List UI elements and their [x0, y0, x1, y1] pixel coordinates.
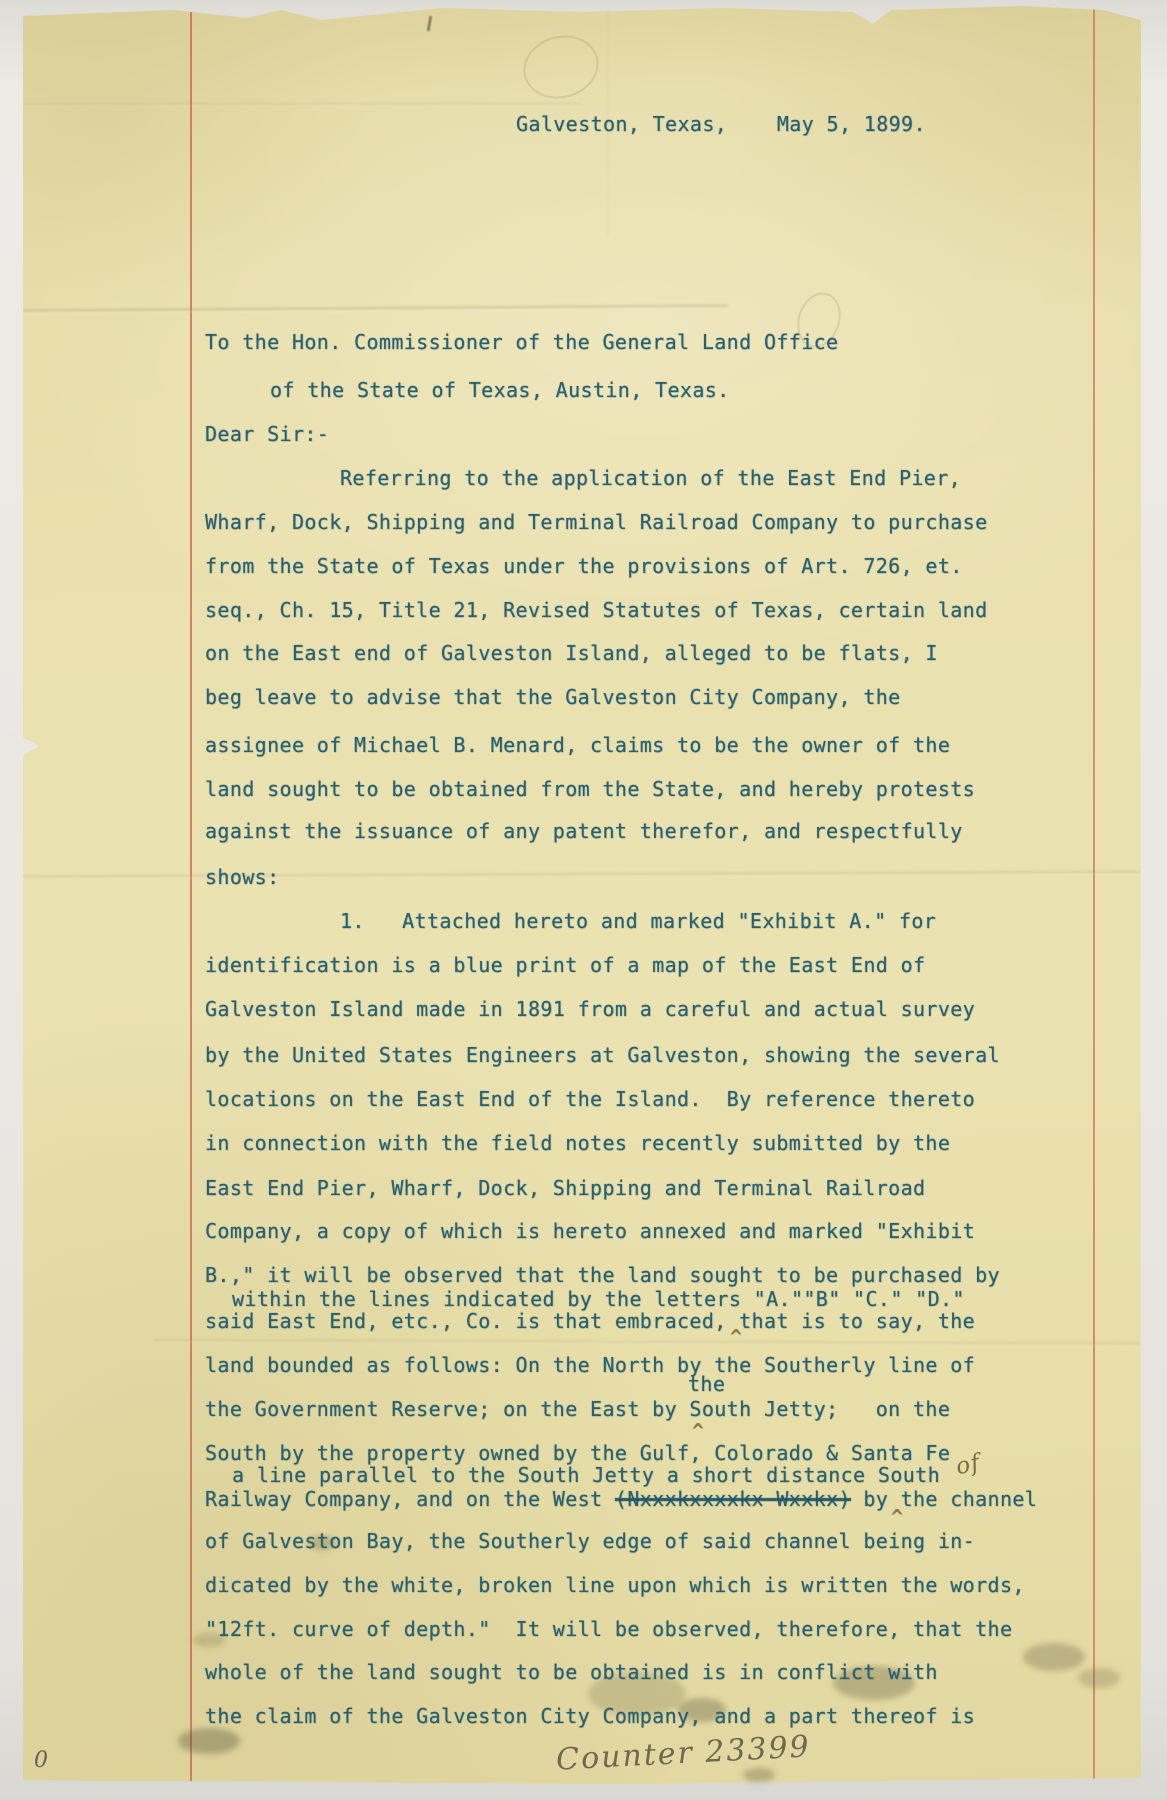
typed-line: the claim of the Galveston City Company,…: [205, 1704, 975, 1728]
typed-line: East End Pier, Wharf, Dock, Shipping and…: [205, 1176, 925, 1200]
typed-line: seq., Ch. 15, Title 21, Revised Statutes…: [205, 598, 988, 622]
typed-line: by the United States Engineers at Galves…: [205, 1043, 1000, 1067]
paper-crease: [23, 102, 583, 107]
typed-line: Galveston, Texas, May 5, 1899.: [516, 112, 926, 136]
ink-smudge: [1023, 1643, 1085, 1671]
typed-line: B.," it will be observed that the land s…: [205, 1263, 1000, 1287]
inserted-correction-line: within the lines indicated by the letter…: [232, 1287, 965, 1311]
pencil-tick-mark: [427, 16, 433, 31]
typed-line: on the East end of Galveston Island, all…: [205, 641, 938, 665]
typed-line: To the Hon. Commissioner of the General …: [205, 330, 838, 354]
ghost-pencil-mark: [516, 27, 605, 107]
typed-line: Referring to the application of the East…: [340, 466, 961, 490]
typed-line: land bounded as follows: On the North by…: [205, 1353, 975, 1377]
typed-line: locations on the East End of the Island.…: [205, 1087, 975, 1111]
typed-line: of the State of Texas, Austin, Texas.: [270, 378, 730, 402]
typed-line: land sought to be obtained from the Stat…: [205, 777, 975, 801]
typed-line: of Galveston Bay, the Southerly edge of …: [205, 1529, 975, 1553]
typed-segment: Railway Company, and on the West: [205, 1487, 615, 1511]
typed-line: identification is a blue print of a map …: [205, 953, 925, 977]
interlined-word: the: [688, 1372, 725, 1396]
typed-line: Railway Company, and on the West (Nxxxkx…: [205, 1487, 1037, 1511]
paper-crease: [23, 304, 728, 315]
typed-line: against the issuance of any patent there…: [205, 819, 963, 843]
insertion-caret: ^: [692, 1419, 704, 1443]
typed-line: said East End, etc., Co. is that embrace…: [205, 1309, 975, 1333]
typed-line: assignee of Michael B. Menard, claims to…: [205, 733, 950, 757]
inserted-correction-line: a line parallel to the South Jetty a sho…: [232, 1463, 940, 1487]
insertion-caret: ^: [891, 1505, 903, 1529]
typed-line: dicated by the white, broken line upon w…: [205, 1573, 1025, 1597]
ink-smudge: [178, 1728, 240, 1754]
typed-line: Company, a copy of which is hereto annex…: [205, 1219, 975, 1243]
typed-line: South by the property owned by the Gulf,…: [205, 1441, 950, 1465]
typed-line: the Government Reserve; on the East by S…: [205, 1397, 950, 1421]
handwritten-corner-mark: 0: [34, 1748, 48, 1773]
typed-line: in connection with the field notes recen…: [205, 1131, 950, 1155]
letter-paper: [23, 0, 1141, 1784]
right-margin-line: [1093, 0, 1095, 1784]
document-page: Galveston, Texas, May 5, 1899.To the Hon…: [0, 0, 1167, 1800]
ink-smudge: [743, 1768, 775, 1782]
typed-line: "12ft. curve of depth." It will be obser…: [205, 1617, 1012, 1641]
left-margin-line: [190, 0, 192, 1784]
typed-line: whole of the land sought to be obtained …: [205, 1660, 938, 1684]
typed-line: beg leave to advise that the Galveston C…: [205, 685, 901, 709]
typed-line: Wharf, Dock, Shipping and Terminal Railr…: [205, 510, 988, 534]
typed-line: shows:: [205, 865, 280, 889]
typed-line: Dear Sir:-: [205, 422, 329, 446]
typed-line: Galveston Island made in 1891 from a car…: [205, 997, 975, 1021]
ink-smudge: [1078, 1668, 1120, 1688]
typed-segment: by the channel: [851, 1487, 1037, 1511]
typed-line: 1. Attached hereto and marked "Exhibit A…: [340, 909, 936, 933]
insertion-caret: ^: [730, 1325, 742, 1349]
paper-crease: [153, 1338, 1141, 1346]
struck-out-text: (Nxxxkxxxxkx Wxxkx): [615, 1487, 851, 1511]
handwritten-insertion-of: of: [954, 1450, 983, 1480]
typed-line: from the State of Texas under the provis…: [205, 554, 963, 578]
